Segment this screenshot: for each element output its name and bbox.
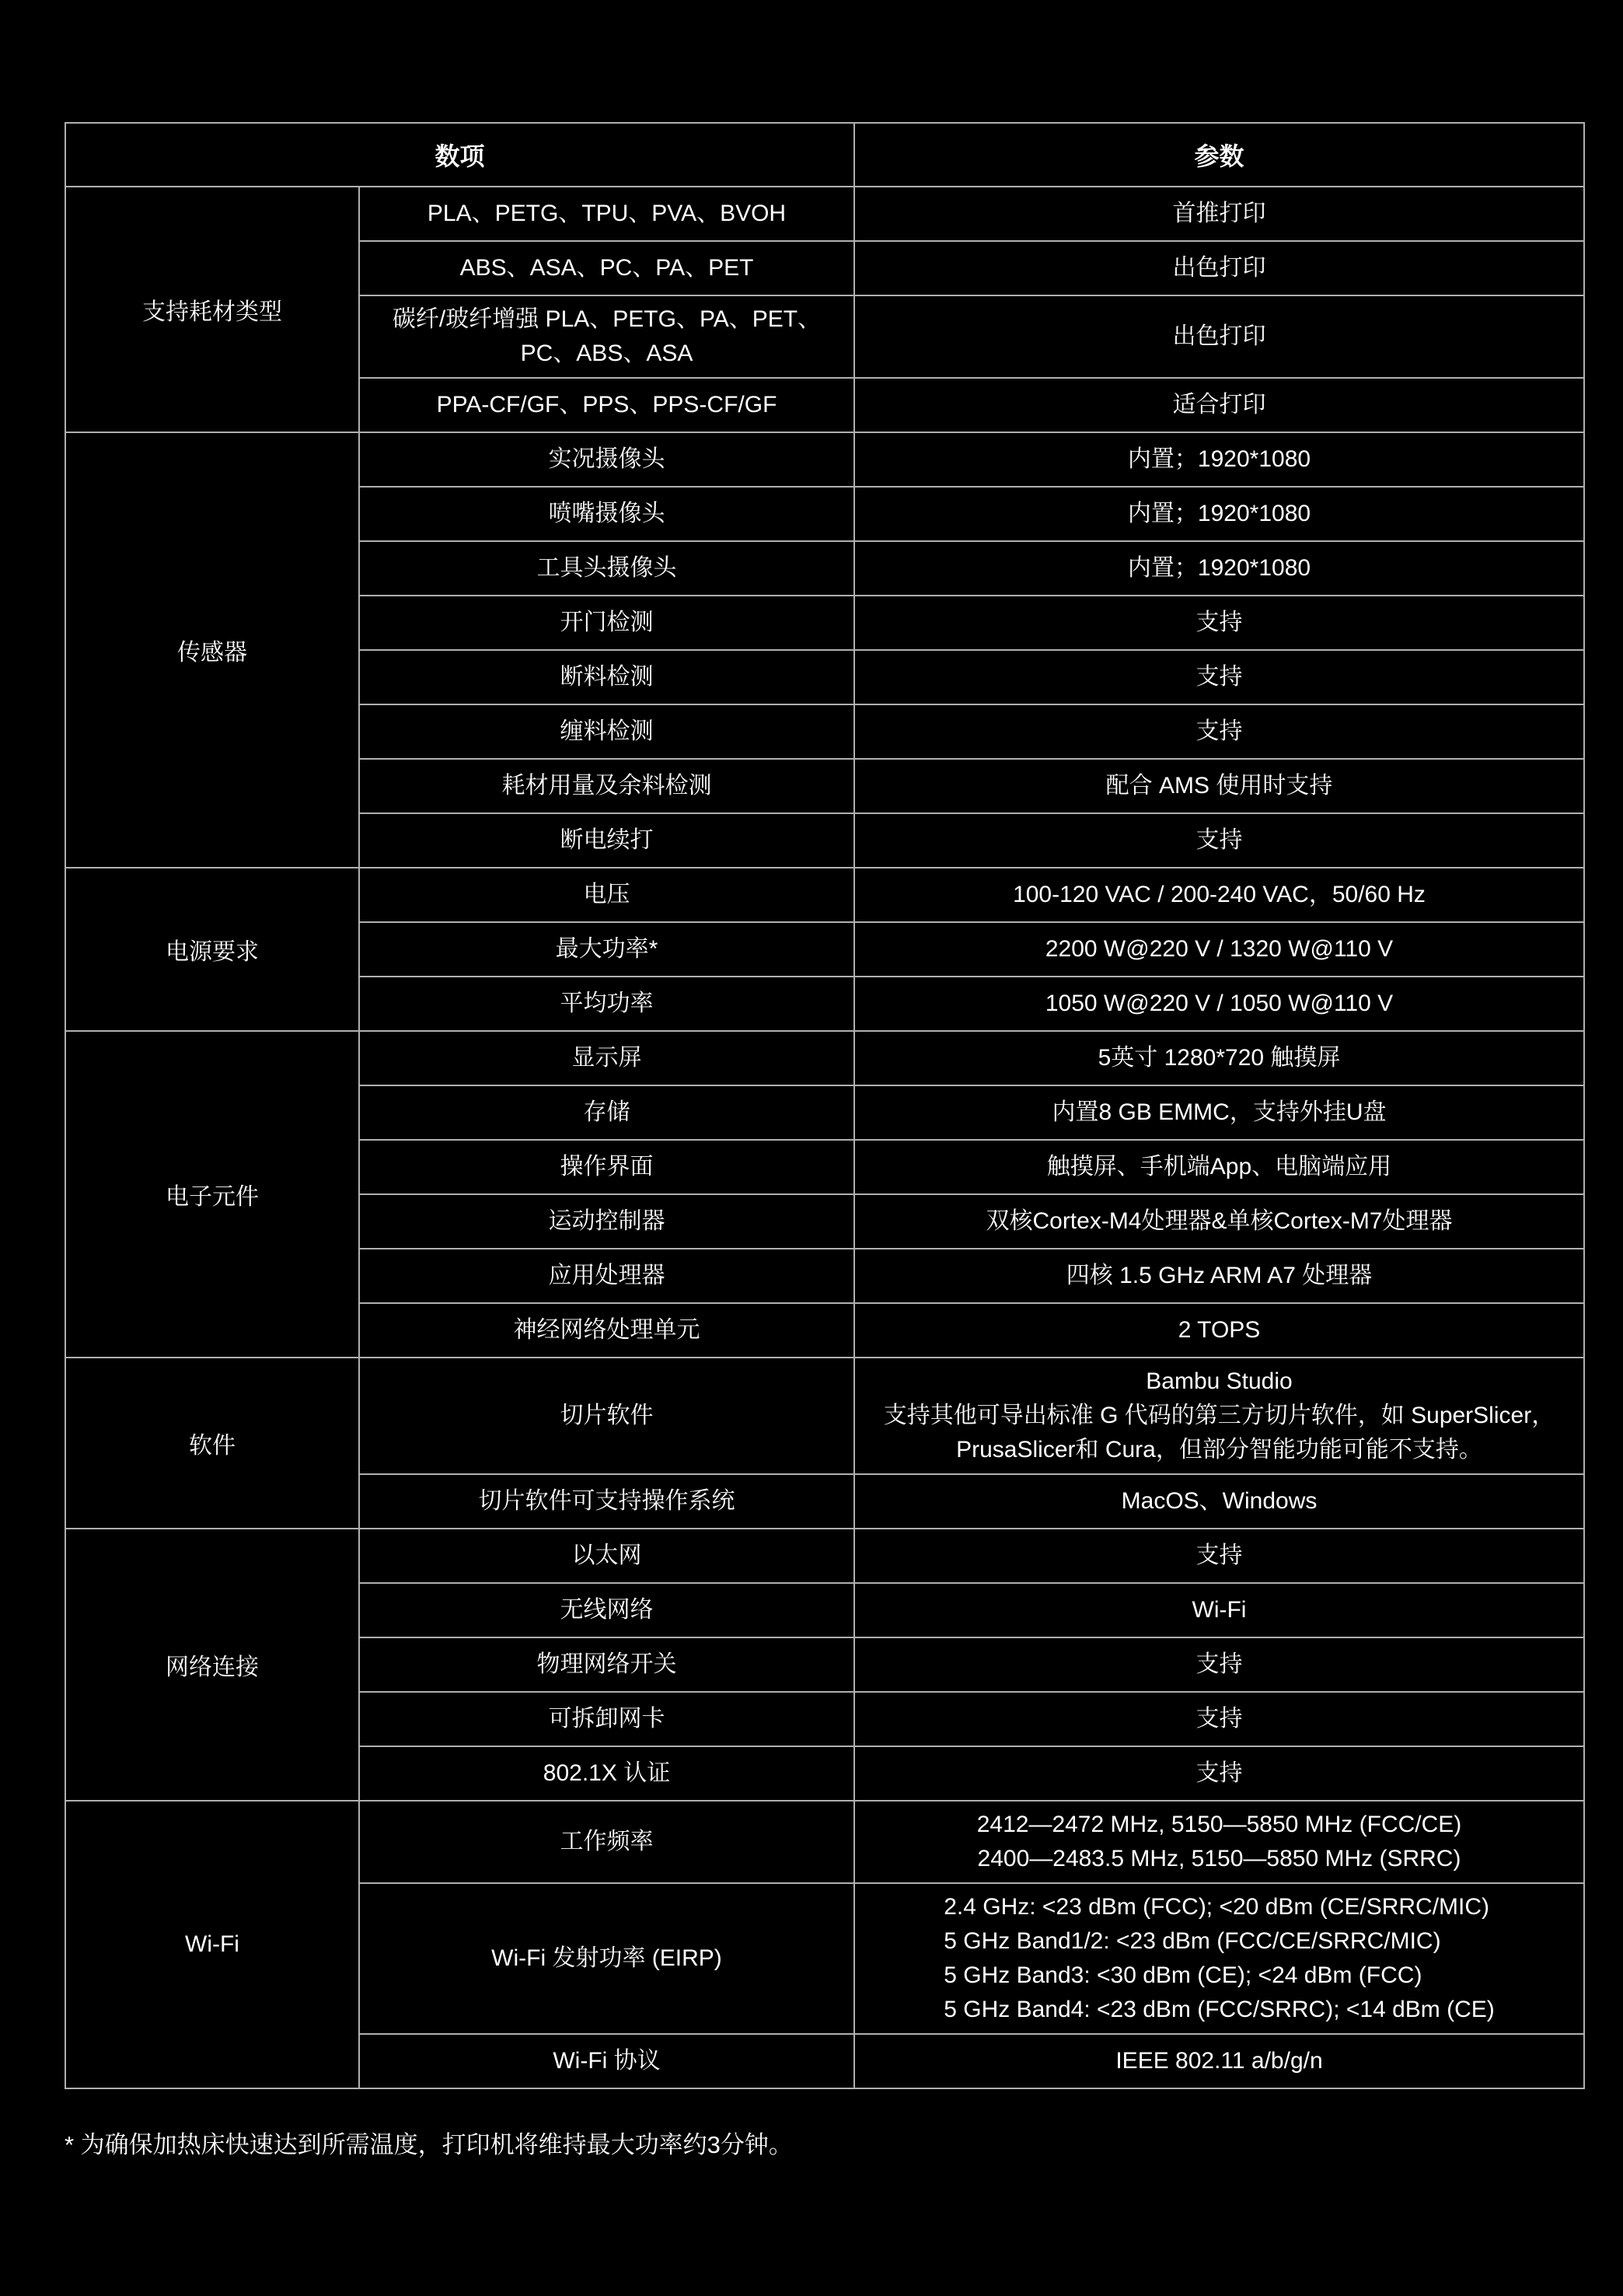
footnote: * 为确保加热床快速达到所需温度，打印机将维持最大功率约3分钟。 [65,2125,793,2160]
group-rows: 以太网支持无线网络Wi-Fi物理网络开关支持可拆卸网卡支持802.1X 认证支持 [360,1529,1583,1800]
value-cell: 支持 [855,651,1583,704]
spec-row: 显示屏5英寸 1280*720 触摸屏 [360,1032,1583,1085]
spec-group: 传感器实况摄像头内置；1920*1080喷嘴摄像头内置；1920*1080工具头… [66,432,1583,867]
item-cell: 操作界面 [360,1141,855,1193]
item-cell: 电压 [360,868,855,921]
value-cell: 触摸屏、手机端App、电脑端应用 [855,1141,1583,1193]
spec-group: 网络连接以太网支持无线网络Wi-Fi物理网络开关支持可拆卸网卡支持802.1X … [66,1528,1583,1800]
category-cell: 传感器 [66,433,360,867]
value-cell: 首推打印 [855,187,1583,240]
value-line: Bambu Studio [884,1365,1555,1399]
category-cell: 软件 [66,1358,360,1528]
spec-row: 实况摄像头内置；1920*1080 [360,433,1583,486]
item-cell: 缠料检测 [360,705,855,758]
item-cell: 最大功率* [360,923,855,976]
spec-row: 最大功率*2200 W@220 V / 1320 W@110 V [360,921,1583,976]
item-cell: Wi-Fi 发射功率 (EIRP) [360,1884,855,2033]
value-cell: 支持 [855,596,1583,649]
spec-row: 物理网络开关支持 [360,1637,1583,1691]
spec-row: 工作频率2412—2472 MHz, 5150—5850 MHz (FCC/CE… [360,1802,1583,1882]
spec-group: 电源要求电压100-120 VAC / 200-240 VAC，50/60 Hz… [66,867,1583,1030]
spec-row: 存储内置8 GB EMMC，支持外挂U盘 [360,1085,1583,1139]
value-cell: 2412—2472 MHz, 5150—5850 MHz (FCC/CE)240… [855,1802,1583,1882]
value-line: 2412—2472 MHz, 5150—5850 MHz (FCC/CE) [977,1808,1462,1842]
value-line: 5 GHz Band3: <30 dBm (CE); <24 dBm (FCC) [944,1959,1495,1993]
spec-row: Wi-Fi 发射功率 (EIRP)2.4 GHz: <23 dBm (FCC);… [360,1882,1583,2033]
item-cell: 显示屏 [360,1032,855,1085]
item-cell: 存储 [360,1086,855,1139]
spec-row: 切片软件Bambu Studio支持其他可导出标准 G 代码的第三方切片软件，如… [360,1358,1583,1473]
value-lines: Bambu Studio支持其他可导出标准 G 代码的第三方切片软件，如 Sup… [884,1365,1555,1467]
table-header-row: 数项 参数 [66,124,1583,186]
spec-row: 电压100-120 VAC / 200-240 VAC，50/60 Hz [360,868,1583,921]
item-cell: PPA-CF/GF、PPS、PPS-CF/GF [360,379,855,432]
spec-row: ABS、ASA、PC、PA、PET出色打印 [360,240,1583,295]
value-cell: 配合 AMS 使用时支持 [855,760,1583,813]
spec-row: 耗材用量及余料检测配合 AMS 使用时支持 [360,758,1583,813]
value-cell: 内置8 GB EMMC，支持外挂U盘 [855,1086,1583,1139]
group-rows: 电压100-120 VAC / 200-240 VAC，50/60 Hz最大功率… [360,868,1583,1030]
item-cell: Wi-Fi 协议 [360,2035,855,2088]
value-lines: 2.4 GHz: <23 dBm (FCC); <20 dBm (CE/SRRC… [944,1890,1495,2027]
spec-row: 无线网络Wi-Fi [360,1582,1583,1637]
value-cell: 2 TOPS [855,1304,1583,1357]
item-cell: 切片软件可支持操作系统 [360,1475,855,1528]
value-line: 5 GHz Band1/2: <23 dBm (FCC/CE/SRRC/MIC) [944,1924,1495,1959]
value-line: 支持其他可导出标准 G 代码的第三方切片软件，如 SuperSlicer， [884,1399,1555,1433]
table-body: 支持耗材类型PLA、PETG、TPU、PVA、BVOH首推打印ABS、ASA、P… [66,186,1583,2088]
group-rows: 工作频率2412—2472 MHz, 5150—5850 MHz (FCC/CE… [360,1802,1583,2088]
item-cell: 神经网络处理单元 [360,1304,855,1357]
value-cell: 支持 [855,814,1583,867]
value-line: 2400—2483.5 MHz, 5150—5850 MHz (SRRC) [977,1842,1462,1876]
spec-group: Wi-Fi工作频率2412—2472 MHz, 5150—5850 MHz (F… [66,1800,1583,2088]
item-cell: 应用处理器 [360,1249,855,1302]
category-cell: 支持耗材类型 [66,187,360,432]
spec-row: 以太网支持 [360,1529,1583,1582]
item-cell: 断电续打 [360,814,855,867]
value-cell: 5英寸 1280*720 触摸屏 [855,1032,1583,1085]
value-cell: MacOS、Windows [855,1475,1583,1528]
header-item-col-label: 数项 [66,124,855,186]
spec-row: 工具头摄像头内置；1920*1080 [360,540,1583,595]
item-cell: 工作频率 [360,1802,855,1882]
spec-row: 应用处理器四核 1.5 GHz ARM A7 处理器 [360,1248,1583,1302]
item-cell: 喷嘴摄像头 [360,488,855,540]
spec-row: PLA、PETG、TPU、PVA、BVOH首推打印 [360,187,1583,240]
value-line: 5 GHz Band4: <23 dBm (FCC/SRRC); <14 dBm… [944,1993,1495,2027]
spec-group: 软件切片软件Bambu Studio支持其他可导出标准 G 代码的第三方切片软件… [66,1357,1583,1528]
item-cell: 断料检测 [360,651,855,704]
item-cell: PLA、PETG、TPU、PVA、BVOH [360,187,855,240]
value-cell: 支持 [855,705,1583,758]
spec-row: PPA-CF/GF、PPS、PPS-CF/GF适合打印 [360,377,1583,432]
value-cell: 适合打印 [855,379,1583,432]
value-cell: 2.4 GHz: <23 dBm (FCC); <20 dBm (CE/SRRC… [855,1884,1583,2033]
item-cell: 802.1X 认证 [360,1747,855,1800]
spec-row: 平均功率1050 W@220 V / 1050 W@110 V [360,976,1583,1030]
value-cell: IEEE 802.11 a/b/g/n [855,2035,1583,2088]
value-cell: 100-120 VAC / 200-240 VAC，50/60 Hz [855,868,1583,921]
item-cell: 运动控制器 [360,1195,855,1248]
spec-group: 电子元件显示屏5英寸 1280*720 触摸屏存储内置8 GB EMMC，支持外… [66,1030,1583,1357]
item-cell: 切片软件 [360,1358,855,1473]
value-line: 2.4 GHz: <23 dBm (FCC); <20 dBm (CE/SRRC… [944,1890,1495,1924]
spec-row: Wi-Fi 协议IEEE 802.11 a/b/g/n [360,2033,1583,2088]
group-rows: 实况摄像头内置；1920*1080喷嘴摄像头内置；1920*1080工具头摄像头… [360,433,1583,867]
value-cell: 内置；1920*1080 [855,433,1583,486]
spec-table: 数项 参数 支持耗材类型PLA、PETG、TPU、PVA、BVOH首推打印ABS… [65,122,1585,2089]
spec-row: 可拆卸网卡支持 [360,1691,1583,1746]
item-cell: 无线网络 [360,1584,855,1637]
spec-row: 开门检测支持 [360,595,1583,649]
category-cell: 网络连接 [66,1529,360,1800]
item-cell: ABS、ASA、PC、PA、PET [360,242,855,295]
value-cell: 内置；1920*1080 [855,542,1583,595]
value-cell: 出色打印 [855,296,1583,377]
spec-row: 喷嘴摄像头内置；1920*1080 [360,486,1583,540]
item-cell: 实况摄像头 [360,433,855,486]
item-cell: 碳纤/玻纤增强 PLA、PETG、PA、PET、PC、ABS、ASA [360,296,855,377]
value-cell: 出色打印 [855,242,1583,295]
value-cell: 支持 [855,1747,1583,1800]
value-cell: Wi-Fi [855,1584,1583,1637]
category-cell: 电子元件 [66,1032,360,1357]
value-cell: 支持 [855,1638,1583,1691]
item-cell: 耗材用量及余料检测 [360,760,855,813]
value-cell: 2200 W@220 V / 1320 W@110 V [855,923,1583,976]
value-cell: 内置；1920*1080 [855,488,1583,540]
group-rows: 显示屏5英寸 1280*720 触摸屏存储内置8 GB EMMC，支持外挂U盘操… [360,1032,1583,1357]
spec-row: 断电续打支持 [360,813,1583,867]
spec-row: 缠料检测支持 [360,704,1583,758]
category-cell: Wi-Fi [66,1802,360,2088]
item-cell: 开门检测 [360,596,855,649]
value-cell: 四核 1.5 GHz ARM A7 处理器 [855,1249,1583,1302]
value-line: PrusaSlicer和 Cura，但部分智能功能可能不支持。 [884,1433,1555,1467]
spec-group: 支持耗材类型PLA、PETG、TPU、PVA、BVOH首推打印ABS、ASA、P… [66,186,1583,432]
item-cell: 平均功率 [360,977,855,1030]
spec-row: 运动控制器双核Cortex-M4处理器&单核Cortex-M7处理器 [360,1193,1583,1248]
item-cell: 以太网 [360,1529,855,1582]
item-cell: 可拆卸网卡 [360,1693,855,1746]
group-rows: 切片软件Bambu Studio支持其他可导出标准 G 代码的第三方切片软件，如… [360,1358,1583,1528]
value-cell: 双核Cortex-M4处理器&单核Cortex-M7处理器 [855,1195,1583,1248]
spec-row: 碳纤/玻纤增强 PLA、PETG、PA、PET、PC、ABS、ASA出色打印 [360,295,1583,377]
item-cell: 物理网络开关 [360,1638,855,1691]
spec-row: 802.1X 认证支持 [360,1746,1583,1800]
value-cell: Bambu Studio支持其他可导出标准 G 代码的第三方切片软件，如 Sup… [855,1358,1583,1473]
spec-row: 操作界面触摸屏、手机端App、电脑端应用 [360,1139,1583,1193]
spec-row: 断料检测支持 [360,649,1583,704]
value-cell: 支持 [855,1529,1583,1582]
value-lines: 2412—2472 MHz, 5150—5850 MHz (FCC/CE)240… [977,1808,1462,1876]
spec-row: 神经网络处理单元2 TOPS [360,1302,1583,1357]
value-cell: 1050 W@220 V / 1050 W@110 V [855,977,1583,1030]
value-cell: 支持 [855,1693,1583,1746]
item-cell: 工具头摄像头 [360,542,855,595]
spec-row: 切片软件可支持操作系统MacOS、Windows [360,1473,1583,1528]
header-param-col-label: 参数 [855,124,1583,186]
group-rows: PLA、PETG、TPU、PVA、BVOH首推打印ABS、ASA、PC、PA、P… [360,187,1583,432]
category-cell: 电源要求 [66,868,360,1030]
